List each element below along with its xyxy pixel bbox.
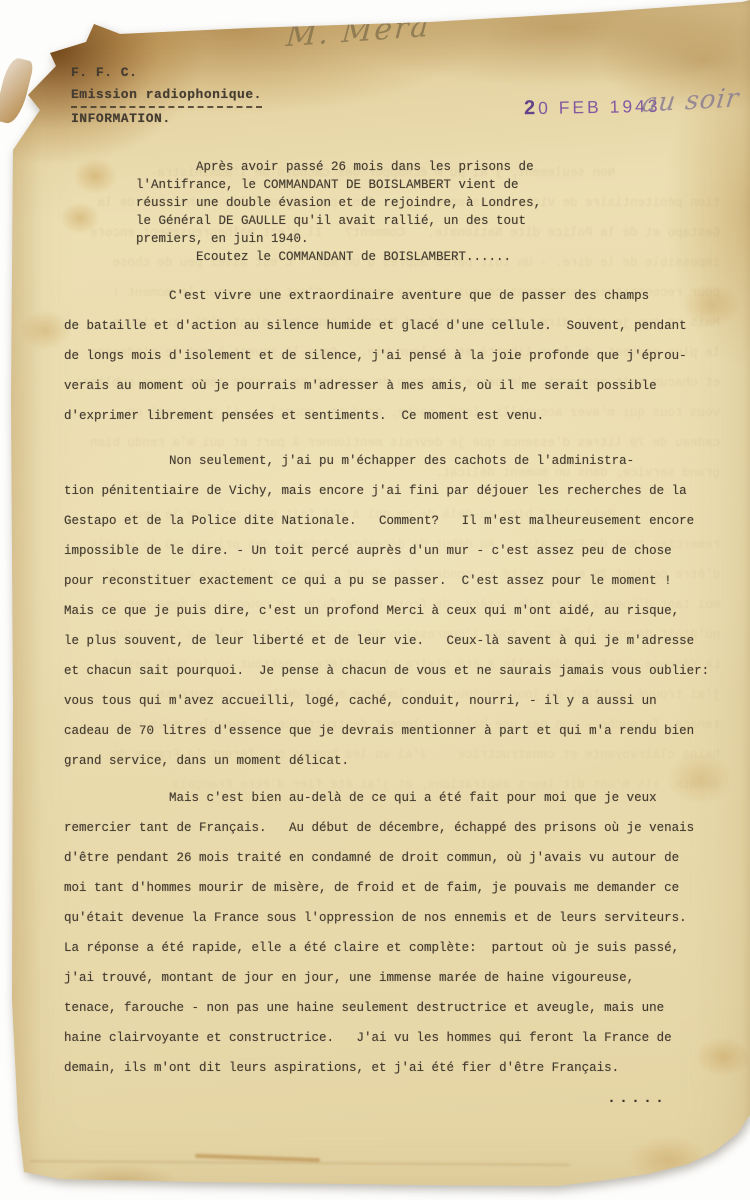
typed-line: réussir une double évasion et de rejoind… bbox=[136, 194, 541, 212]
body-paragraph-2: Non seulement, j'ai pu m'échapper des ca… bbox=[64, 446, 709, 776]
typed-line: La réponse a été rapide, elle a été clai… bbox=[64, 933, 694, 963]
document-page: Non seulement, j'ai pu m'échapper des ca… bbox=[0, 0, 750, 1200]
org-title: F. F. C. bbox=[71, 62, 262, 84]
typed-line: haine clairvoyante et constructrice. J'a… bbox=[64, 1023, 694, 1053]
typed-line: Après avoir passé 26 mois dans les priso… bbox=[136, 158, 541, 176]
header-block: F. F. C. Emission radiophonique. INFORMA… bbox=[71, 62, 262, 130]
typed-line: Gestapo et de la Police dite Nationale. … bbox=[64, 506, 709, 536]
typed-line: le Général DE GAULLE qu'il avait rallié,… bbox=[136, 212, 541, 230]
typed-line: tion pénitentiaire de Vichy, mais encore… bbox=[64, 476, 709, 506]
typed-line: demain, ils m'ont dit leurs aspirations,… bbox=[64, 1053, 694, 1083]
handwritten-stamp-note: au soir bbox=[640, 83, 741, 118]
typed-line: Ecoutez le COMMANDANT de BOISLAMBERT....… bbox=[136, 248, 541, 266]
typed-line: Mais ce que je puis dire, c'est un profo… bbox=[64, 596, 709, 626]
end-dots: ..... bbox=[607, 1090, 667, 1107]
information-line: INFORMATION. bbox=[71, 108, 262, 130]
typed-line: remercier tant de Français. Au début de … bbox=[64, 813, 694, 843]
typed-line: j'ai trouvé, montant de jour en jour, un… bbox=[64, 963, 694, 993]
typed-line: pour reconstituer exactement ce qui a pu… bbox=[64, 566, 709, 596]
typed-line: Mais c'est bien au-delà de ce qui a été … bbox=[64, 783, 694, 813]
typed-line: tenace, farouche - non pas une haine seu… bbox=[64, 993, 694, 1023]
paper-shadow-wrap: Non seulement, j'ai pu m'échapper des ca… bbox=[0, 0, 750, 1200]
typed-line: impossible de le dire. - Un toit percé a… bbox=[64, 536, 709, 566]
typed-content: M. Méra F. F. C. Emission radiophonique.… bbox=[0, 0, 750, 1200]
typed-line: C'est vivre une extraordinaire aventure … bbox=[64, 281, 687, 311]
body-paragraph-3: Mais c'est bien au-delà de ce qui a été … bbox=[64, 783, 694, 1083]
typed-line: verais au moment où je pourrais m'adress… bbox=[64, 371, 687, 401]
typed-line: l'Antifrance, le COMMANDANT DE BOISLAMBE… bbox=[136, 176, 541, 194]
handwritten-annotation: M. Méra bbox=[285, 9, 432, 54]
typed-line: Non seulement, j'ai pu m'échapper des ca… bbox=[64, 446, 709, 476]
typed-line: de longs mois d'isolement et de silence,… bbox=[64, 341, 687, 371]
typed-line: d'exprimer librement pensées et sentimen… bbox=[64, 401, 687, 431]
scan-background: Non seulement, j'ai pu m'échapper des ca… bbox=[0, 0, 750, 1200]
emission-line: Emission radiophonique. bbox=[71, 84, 262, 109]
typed-line: et chacun sait pourquoi. Je pense à chac… bbox=[64, 656, 709, 686]
typed-line: le plus souvent, de leur liberté et de l… bbox=[64, 626, 709, 656]
typed-line: qu'était devenue la France sous l'oppres… bbox=[64, 903, 694, 933]
typed-line: d'être pendant 26 mois traité en condamn… bbox=[64, 843, 694, 873]
typed-line: moi tant d'hommes mourir de misère, de f… bbox=[64, 873, 694, 903]
intro-block: Après avoir passé 26 mois dans les priso… bbox=[136, 158, 541, 266]
typed-line: de bataille et d'action au silence humid… bbox=[64, 311, 687, 341]
typed-line: vous tous qui m'avez accueilli, logé, ca… bbox=[64, 686, 709, 716]
typed-line: cadeau de 70 litres d'essence que je dev… bbox=[64, 716, 709, 746]
typed-line: premiers, en juin 1940. bbox=[136, 230, 541, 248]
typed-line: grand service, dans un moment délicat. bbox=[64, 746, 709, 776]
body-paragraph-1: C'est vivre une extraordinaire aventure … bbox=[64, 281, 687, 431]
